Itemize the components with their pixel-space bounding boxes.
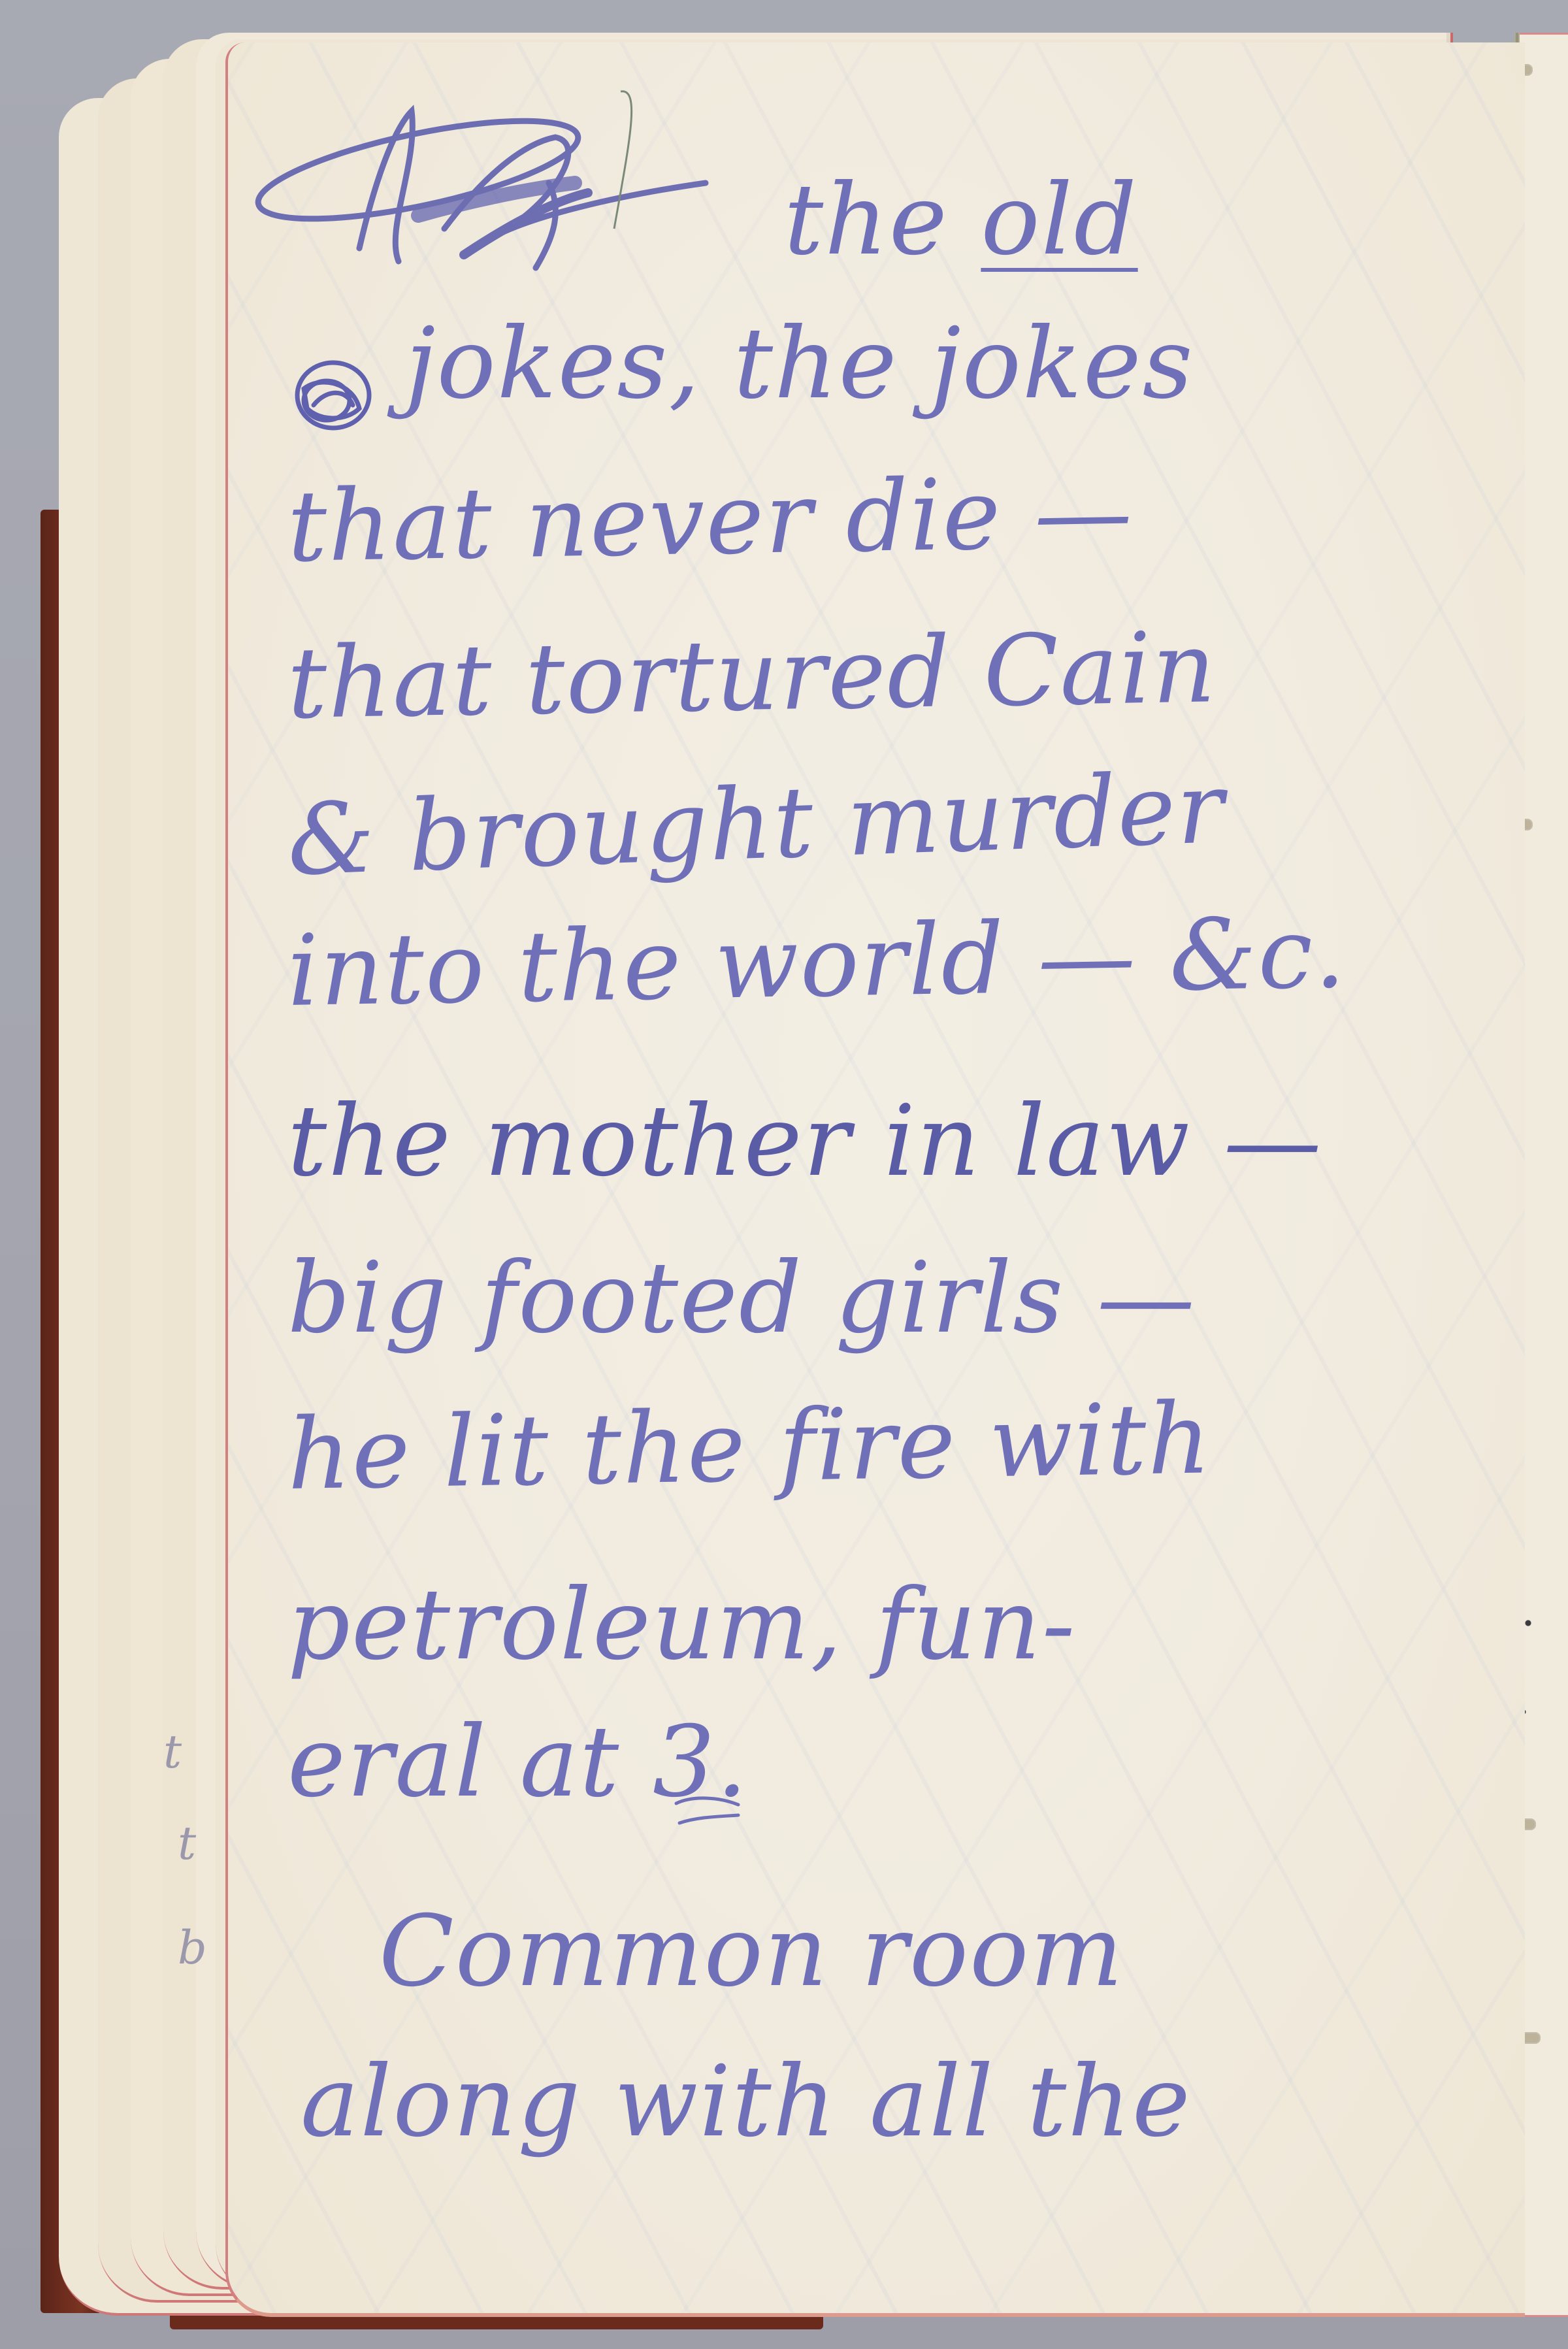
handwritten-line-9: he lit the fire with <box>286 1382 1213 1512</box>
scribbled-out-word <box>248 85 758 294</box>
double-line-separator <box>673 1790 745 1830</box>
facing-page <box>1519 33 1568 2317</box>
handwritten-line-6: into the world — &c. <box>286 896 1347 1028</box>
handwritten-line-12: Common room <box>379 1895 1124 2009</box>
scribbled-out-small-word <box>287 343 385 441</box>
handwritten-line-1: the old <box>784 163 1138 277</box>
handwritten-line-2: jokes, the jokes <box>405 307 1194 421</box>
handwritten-line-4: that tortured Cain <box>286 611 1217 741</box>
handwritten-word-old-underlined: old <box>981 163 1137 277</box>
handwritten-line-7: the mother in law — <box>287 1085 1323 1198</box>
handwritten-line-3: that never die — <box>286 455 1134 584</box>
handwritten-word-the: the <box>784 163 981 277</box>
edge-mark: t <box>163 1725 182 1779</box>
edge-mark: b <box>178 1921 207 1975</box>
handwritten-line-10: petroleum, fun- <box>287 1568 1076 1682</box>
edge-mark: t <box>178 1816 196 1870</box>
handwritten-line-13: along with all the <box>301 2045 1192 2159</box>
handwritten-line-8: big footed girls — <box>287 1241 1196 1355</box>
